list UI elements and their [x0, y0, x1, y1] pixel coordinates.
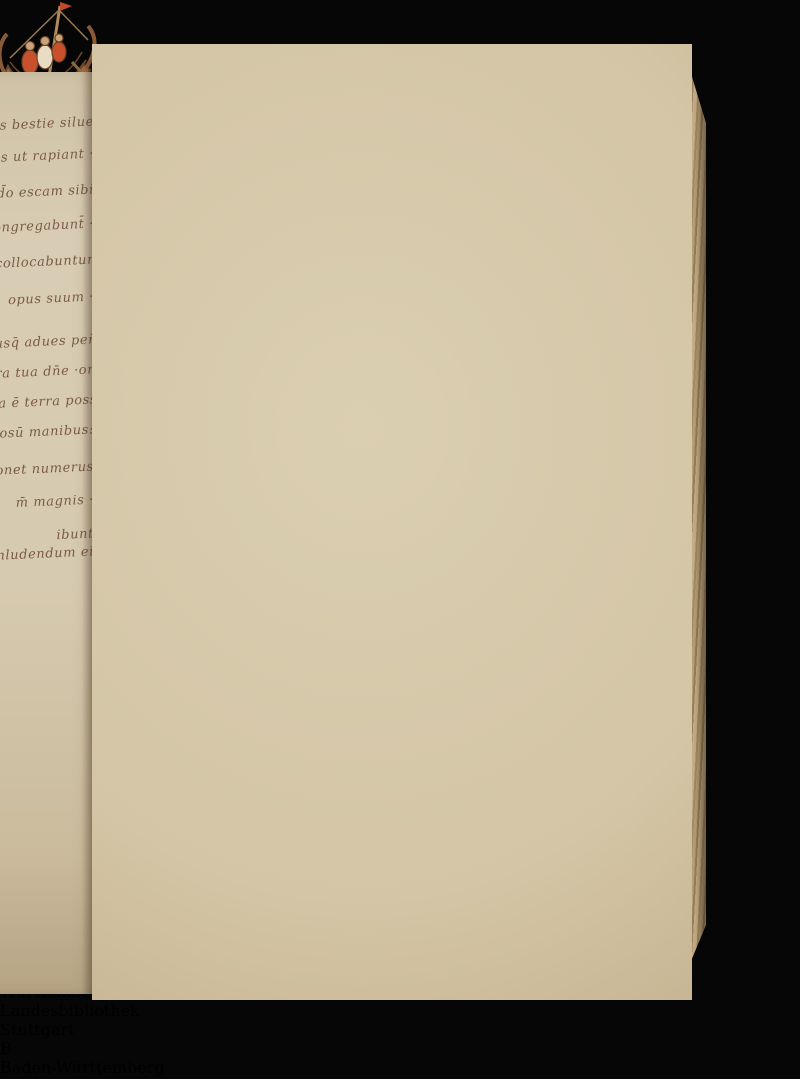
verso-text-fragment: rigientes ut rapiant ·: [0, 147, 94, 169]
funder-credit: B Baden-Württemberg: [0, 1039, 800, 1077]
verso-text-fragment: d̄o escam sibi: [0, 183, 94, 205]
funder-text: Baden-Württemberg: [0, 1058, 800, 1077]
verso-text-fragment: congregabunt̄ ·: [0, 217, 94, 239]
verso-text-fragment: ad inludendum ei: [0, 545, 94, 567]
manuscript-photo-stage: ant omn̄s bestie silue rigientes ut rapi…: [0, 0, 800, 1079]
verso-text-fragment: m ponet numerus: [0, 460, 94, 482]
verso-text-fragment: opus suum ·: [0, 290, 94, 312]
recto-page: [92, 44, 692, 1000]
mast-flag: [60, 2, 72, 11]
library-name-line: Stuttgart: [0, 1020, 800, 1039]
funder-logo-icon: B: [0, 1039, 800, 1058]
verso-text-fragment: ant omn̄s bestie silue: [0, 115, 94, 137]
verso-text-fragment: m̄ magnis ·: [0, 493, 94, 515]
library-name-line: Landesbibliothek: [0, 1001, 800, 1020]
verso-text-fragment: ta·impleta ē terra possession̄: [0, 393, 94, 415]
verso-text-fragment: us collocabuntur: [0, 253, 94, 275]
verso-text-fragment: m suum usq̄ adues per̄: [0, 333, 94, 355]
verso-text-fragment: m &spatiosū manibus:: [0, 423, 94, 445]
verso-text-fragment: sunt opera tua dn̄e ·om̄: [0, 363, 94, 385]
